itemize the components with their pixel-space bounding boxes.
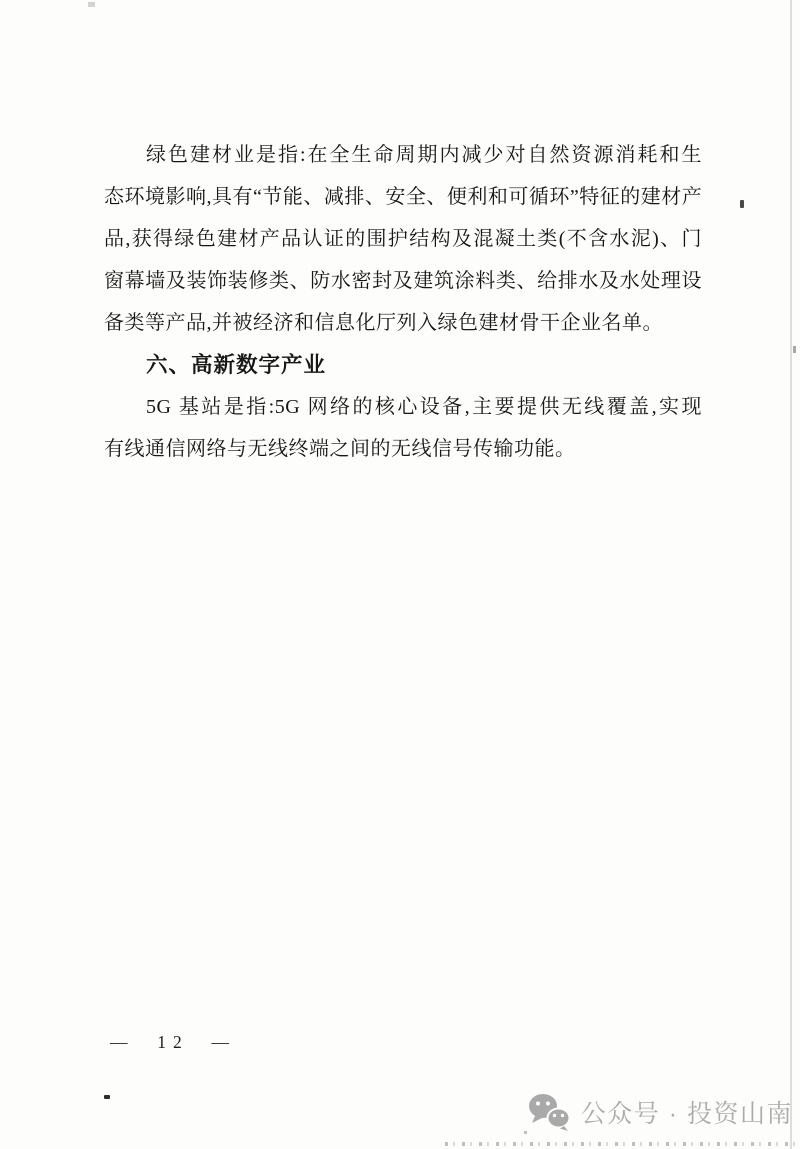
scan-speck <box>793 346 796 353</box>
scan-speck <box>524 1131 527 1134</box>
paragraph1-line-1: 绿色建材业是指:在全生命周期内减少对自然资源消耗和生 <box>104 134 702 176</box>
paragraph1-line-4: 窗幕墙及装饰装修类、防水密封及建筑涂料类、给排水及水处理设 <box>104 260 702 302</box>
wechat-icon <box>527 1093 571 1131</box>
paragraph1-line-5: 备类等产品,并被经济和信息化厅列入绿色建材骨干企业名单。 <box>104 302 702 344</box>
watermark-text: 公众号 · 投资山南 <box>581 1094 793 1130</box>
scan-artifact-strip <box>445 1142 798 1146</box>
paragraph1-line-2: 态环境影响,具有“节能、减排、安全、便利和可循环”特征的建材产 <box>104 176 702 218</box>
scan-speck <box>104 1095 110 1099</box>
scan-speck <box>740 200 744 208</box>
page-number: — 12 — <box>110 1022 236 1062</box>
scan-speck <box>88 2 95 7</box>
scan-edge-line <box>790 0 792 1149</box>
paragraph2-line-2: 有线通信网络与无线终端之间的无线信号传输功能。 <box>104 428 702 470</box>
paragraph2-line-1: 5G 基站是指:5G 网络的核心设备,主要提供无线覆盖,实现 <box>104 386 702 428</box>
watermark: 公众号 · 投资山南 <box>527 1093 793 1131</box>
document-page: 绿色建材业是指:在全生命周期内减少对自然资源消耗和生 态环境影响,具有“节能、减… <box>0 0 800 1149</box>
section-heading: 六、高新数字产业 <box>104 344 702 386</box>
document-body: 绿色建材业是指:在全生命周期内减少对自然资源消耗和生 态环境影响,具有“节能、减… <box>104 134 702 470</box>
paragraph1-line-3: 品,获得绿色建材产品认证的围护结构及混凝土类(不含水泥)、门 <box>104 218 702 260</box>
